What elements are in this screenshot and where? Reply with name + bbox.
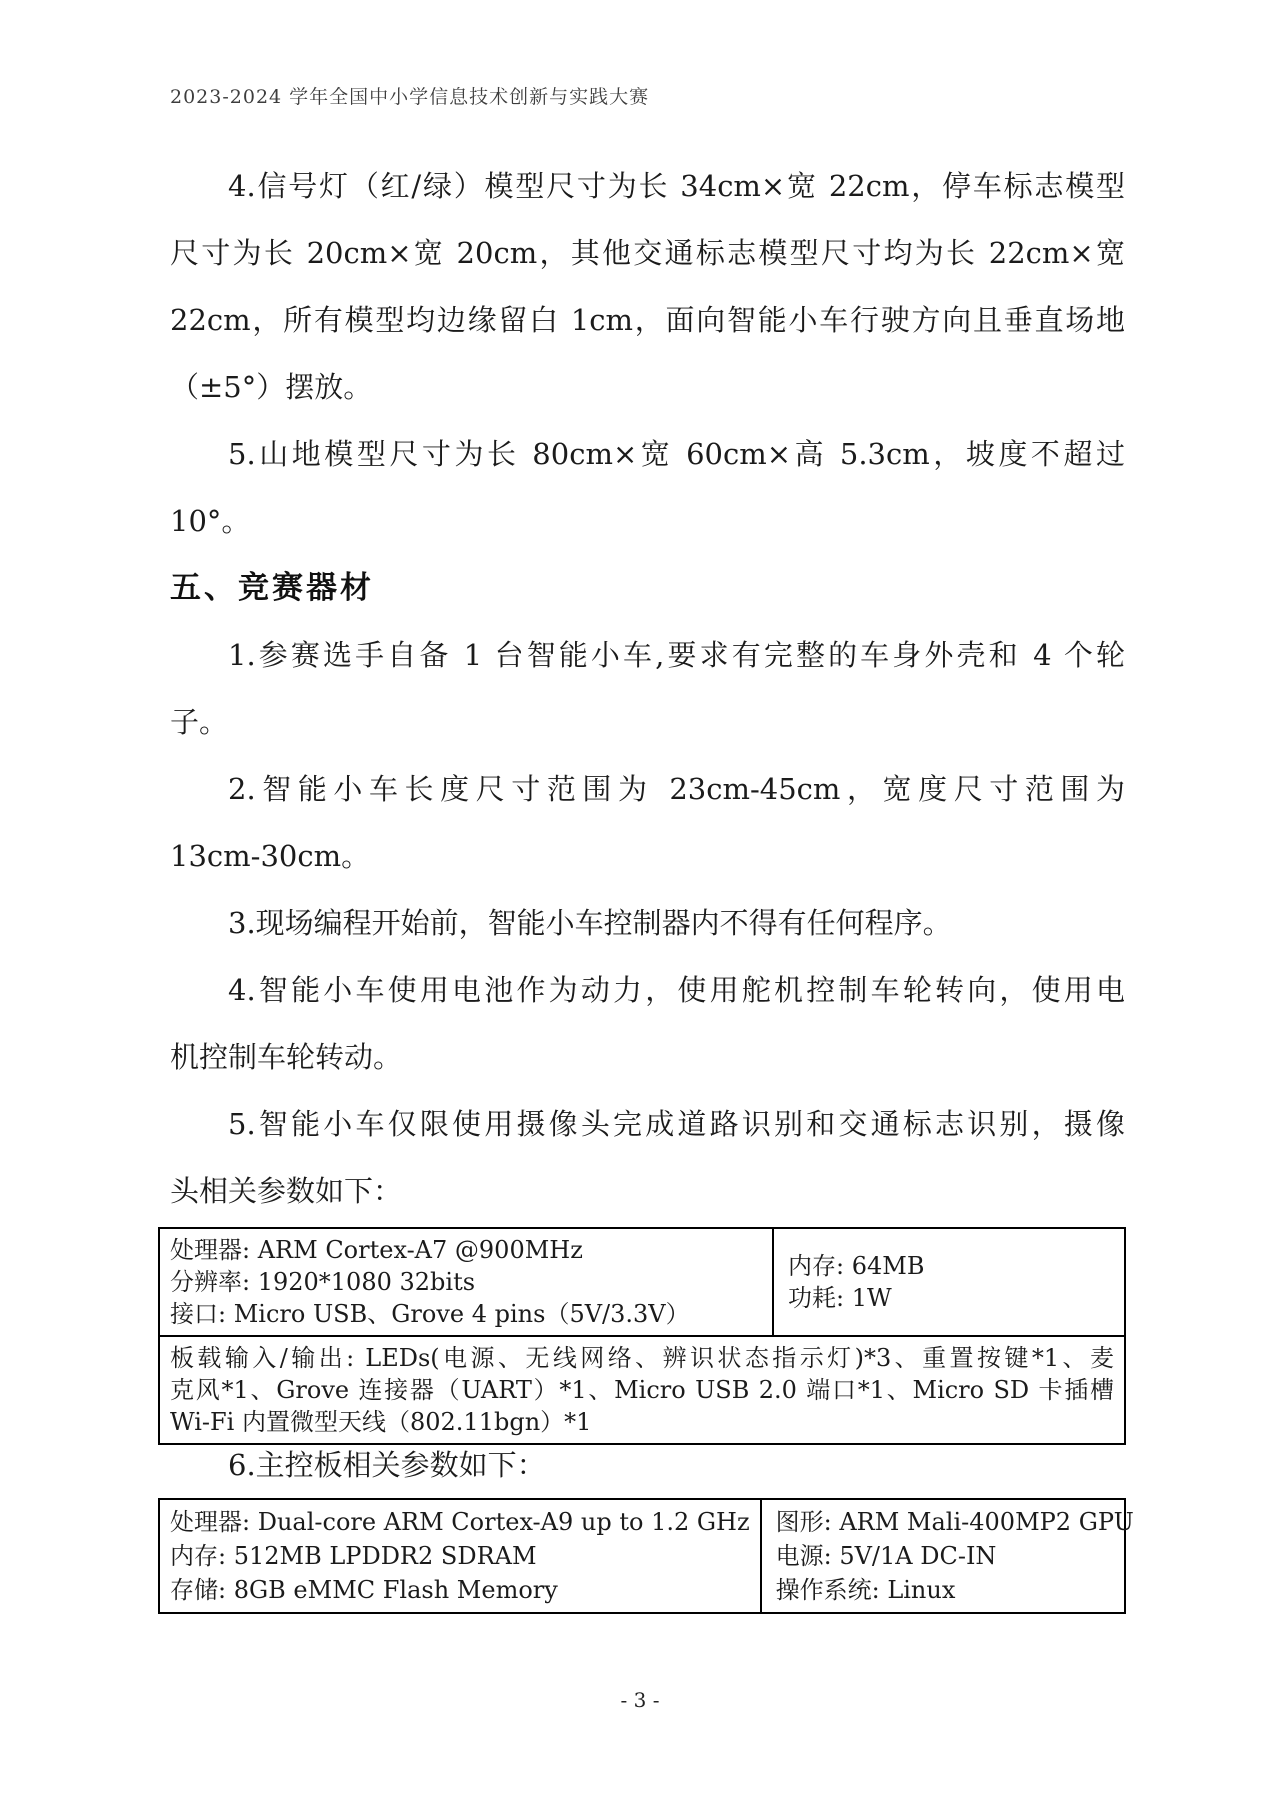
text-line: 板载输入/输出: LEDs(电源、无线网络、辨识状态指示灯)*3、重置按键*1、…	[170, 1342, 1114, 1374]
document-header: 2023-2024 学年全国中小学信息技术创新与实践大赛	[170, 82, 649, 109]
text-line: 处理器: Dual-core ARM Cortex-A9 up to 1.2 G…	[170, 1505, 750, 1539]
text-line: 子。	[170, 689, 1125, 756]
text-line: 5.智能小车仅限使用摄像头完成道路识别和交通标志识别，摄像	[170, 1091, 1125, 1158]
text-line: 接口: Micro USB、Grove 4 pins（5V/3.3V）	[170, 1298, 762, 1330]
text-line: 1.参赛选手自备 1 台智能小车,要求有完整的车身外壳和 4 个轮	[170, 622, 1125, 689]
text-line: 功耗: 1W	[788, 1282, 1114, 1314]
table-cell-mainboard-left: 处理器: Dual-core ARM Cortex-A9 up to 1.2 G…	[160, 1500, 762, 1612]
mainboard-spec-table: 处理器: Dual-core ARM Cortex-A9 up to 1.2 G…	[158, 1498, 1126, 1614]
text-line: 图形: ARM Mali-400MP2 GPU	[776, 1505, 1134, 1539]
text-line: 机控制车轮转动。	[170, 1024, 1125, 1091]
mainboard-intro: 6.主控板相关参数如下：	[170, 1432, 1125, 1498]
text-line: 3.现场编程开始前，智能小车控制器内不得有任何程序。	[170, 890, 1125, 957]
section-heading: 五、竞赛器材	[170, 555, 1125, 622]
text-line: 尺寸为长 20cm×宽 20cm，其他交通标志模型尺寸均为长 22cm×宽	[170, 220, 1125, 287]
page-number: - 3 -	[0, 1688, 1280, 1712]
table-row: 处理器: Dual-core ARM Cortex-A9 up to 1.2 G…	[160, 1500, 1124, 1612]
table-row: 处理器: ARM Cortex-A7 @900MHz分辨率: 1920*1080…	[160, 1229, 1124, 1337]
text-line: 内存: 64MB	[788, 1250, 1114, 1282]
text-line: 头相关参数如下：	[170, 1158, 1125, 1225]
paragraph: 5.智能小车仅限使用摄像头完成道路识别和交通标志识别，摄像头相关参数如下：	[170, 1091, 1125, 1225]
paragraph: 4.智能小车使用电池作为动力，使用舵机控制车轮转向，使用电机控制车轮转动。	[170, 957, 1125, 1091]
text-line: 22cm，所有模型均边缘留白 1cm，面向智能小车行驶方向且垂直场地	[170, 287, 1125, 354]
paragraph: 2.智能小车长度尺寸范围为 23cm-45cm，宽度尺寸范围为13cm-30cm…	[170, 756, 1125, 890]
camera-spec-table: 处理器: ARM Cortex-A7 @900MHz分辨率: 1920*1080…	[158, 1227, 1126, 1445]
body-text: 4.信号灯（红/绿）模型尺寸为长 34cm×宽 22cm，停车标志模型尺寸为长 …	[170, 153, 1125, 1225]
text-line: 10°。	[170, 488, 1125, 555]
text-line: 操作系统: Linux	[776, 1573, 1134, 1607]
text-line: 克风*1、Grove 连接器（UART）*1、Micro USB 2.0 端口*…	[170, 1374, 1114, 1406]
table-cell-camera-left: 处理器: ARM Cortex-A7 @900MHz分辨率: 1920*1080…	[160, 1229, 774, 1335]
text-line: （±5°）摆放。	[170, 354, 1125, 421]
table-row: 板载输入/输出: LEDs(电源、无线网络、辨识状态指示灯)*3、重置按键*1、…	[160, 1337, 1124, 1443]
text-line: 内存: 512MB LPDDR2 SDRAM	[170, 1539, 750, 1573]
paragraph: 5.山地模型尺寸为长 80cm×宽 60cm×高 5.3cm，坡度不超过10°。	[170, 421, 1125, 555]
text-line: 处理器: ARM Cortex-A7 @900MHz	[170, 1234, 762, 1266]
text-line: 电源: 5V/1A DC-IN	[776, 1539, 1134, 1573]
table-cell-camera-io: 板载输入/输出: LEDs(电源、无线网络、辨识状态指示灯)*3、重置按键*1、…	[160, 1337, 1124, 1443]
text-line: 存储: 8GB eMMC Flash Memory	[170, 1573, 750, 1607]
document-page: 2023-2024 学年全国中小学信息技术创新与实践大赛 4.信号灯（红/绿）模…	[0, 0, 1280, 1809]
text-line: 4.信号灯（红/绿）模型尺寸为长 34cm×宽 22cm，停车标志模型	[170, 153, 1125, 220]
paragraph: 3.现场编程开始前，智能小车控制器内不得有任何程序。	[170, 890, 1125, 957]
paragraph: 4.信号灯（红/绿）模型尺寸为长 34cm×宽 22cm，停车标志模型尺寸为长 …	[170, 153, 1125, 421]
paragraph: 1.参赛选手自备 1 台智能小车,要求有完整的车身外壳和 4 个轮子。	[170, 622, 1125, 756]
paragraph-group-top: 4.信号灯（红/绿）模型尺寸为长 34cm×宽 22cm，停车标志模型尺寸为长 …	[170, 153, 1125, 555]
text-line: 5.山地模型尺寸为长 80cm×宽 60cm×高 5.3cm，坡度不超过	[170, 421, 1125, 488]
text-line: 4.智能小车使用电池作为动力，使用舵机控制车轮转向，使用电	[170, 957, 1125, 1024]
text-line: 2.智能小车长度尺寸范围为 23cm-45cm，宽度尺寸范围为	[170, 756, 1125, 823]
text-line: 13cm-30cm。	[170, 823, 1125, 890]
text-line: 分辨率: 1920*1080 32bits	[170, 1266, 762, 1298]
paragraph-group-equipment: 1.参赛选手自备 1 台智能小车,要求有完整的车身外壳和 4 个轮子。2.智能小…	[170, 622, 1125, 1225]
table-cell-mainboard-right: 图形: ARM Mali-400MP2 GPU电源: 5V/1A DC-IN操作…	[762, 1500, 1144, 1612]
table-cell-camera-right: 内存: 64MB功耗: 1W	[774, 1229, 1124, 1335]
